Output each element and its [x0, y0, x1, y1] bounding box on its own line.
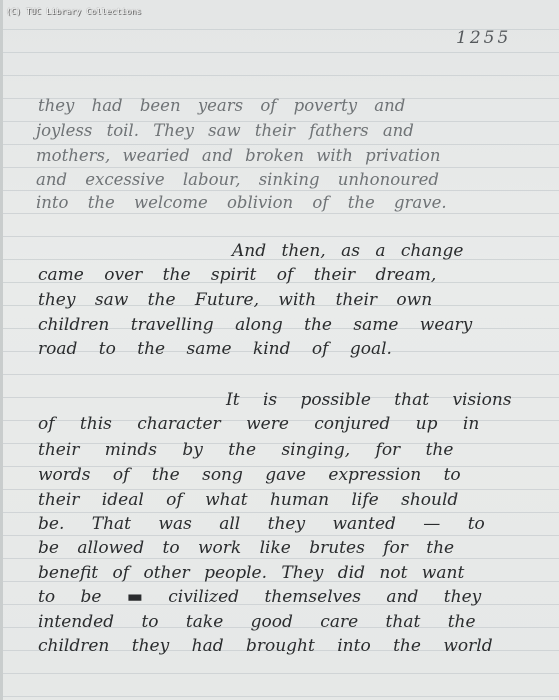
handwritten-line: of this character were conjured up in — [38, 414, 479, 434]
handwritten-line: came over the spirit of their dream, — [38, 265, 436, 285]
handwritten-line: be. That was all they wanted — to — [38, 514, 485, 534]
handwritten-line: It is possible that visions — [226, 390, 512, 410]
page-edge — [0, 0, 3, 700]
handwritten-line: road to the same kind of goal. — [38, 339, 392, 359]
handwritten-line: children they had brought into the world — [38, 636, 493, 656]
handwritten-line: benefit of other people. They did not wa… — [38, 563, 464, 583]
handwritten-line: words of the song gave expression to — [38, 465, 461, 485]
handwritten-line: joyless toil. They saw their fathers and — [36, 121, 414, 140]
handwritten-line: they saw the Future, with their own — [38, 290, 432, 310]
copyright-watermark: (C) TUC Library Collections — [6, 7, 141, 16]
handwritten-line: be allowed to work like brutes for the — [38, 538, 454, 558]
handwritten-line: to be ▬ civilized themselves and they — [38, 587, 481, 607]
handwritten-line: children travelling along the same weary — [38, 315, 472, 335]
page-number: 1255 — [456, 28, 511, 48]
handwritten-line: into the welcome oblivion of the grave. — [36, 193, 447, 212]
handwritten-line: they had been years of poverty and — [38, 96, 405, 115]
handwritten-line: mothers, wearied and broken with privati… — [36, 146, 440, 165]
manuscript-page: (C) TUC Library Collections 1255 they ha… — [0, 0, 559, 700]
handwritten-line: intended to take good care that the — [38, 612, 476, 632]
handwritten-line: And then, as a change — [232, 241, 463, 261]
handwritten-line: their minds by the singing, for the — [38, 440, 453, 460]
handwritten-line: and excessive labour, sinking unhonoured — [36, 170, 439, 189]
handwritten-line: their ideal of what human life should — [38, 490, 458, 510]
